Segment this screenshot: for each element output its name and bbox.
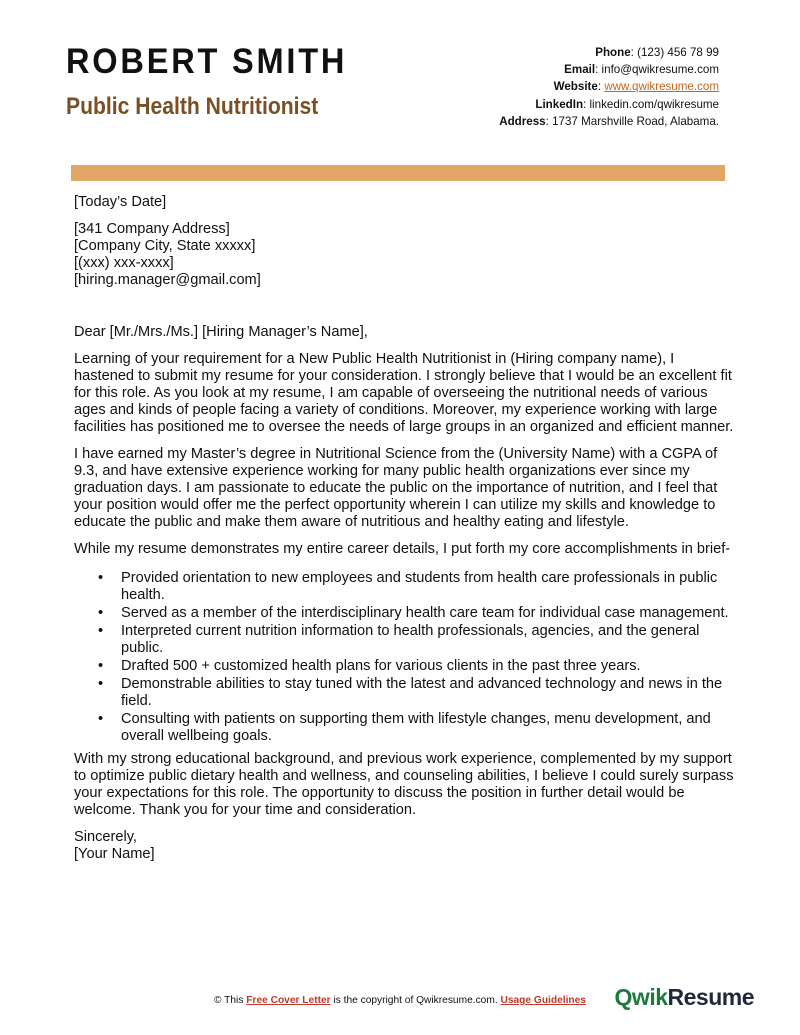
accomplishments-list: •Provided orientation to new employees a… [74,570,734,745]
bullet-icon: • [98,711,103,728]
list-item: •Consulting with patients on supporting … [74,711,734,745]
contact-address: Address: 1737 Marshville Road, Alabama. [499,113,719,130]
contact-email: Email: info@qwikresume.com [499,61,719,78]
contact-value: info@qwikresume.com [602,63,719,76]
list-item: •Interpreted current nutrition informati… [74,623,734,657]
bullet-icon: • [98,605,103,622]
address-line: [Company City, State xxxxx] [74,238,734,255]
contact-label: Email [564,63,595,76]
contact-website: Website: www.qwikresume.com [499,78,719,95]
contact-value: linkedin.com/qwikresume [589,98,719,111]
signature: [Your Name] [74,846,734,863]
contact-label: Address [499,115,545,128]
contact-block: Phone: (123) 456 78 99 Email: info@qwikr… [499,44,719,130]
list-item: •Served as a member of the interdiscipli… [74,605,734,622]
paragraph: Learning of your requirement for a New P… [74,351,734,436]
closing-paragraph: With my strong educational background, a… [74,751,734,819]
list-item: •Drafted 500 + customized health plans f… [74,658,734,675]
job-title: Public Health Nutritionist [66,95,318,119]
contact-label: Website [554,80,598,93]
paragraph: I have earned my Master’s degree in Nutr… [74,446,734,531]
bullet-icon: • [98,676,103,693]
address-line: [hiring.manager@gmail.com] [74,272,734,289]
contact-value: (123) 456 78 99 [637,46,719,59]
salutation: Dear [Mr./Mrs./Ms.] [Hiring Manager’s Na… [74,324,734,341]
website-link[interactable]: www.qwikresume.com [604,80,719,93]
bullet-icon: • [98,658,103,675]
usage-guidelines-link[interactable]: Usage Guidelines [500,995,586,1006]
signoff: Sincerely, [74,829,734,846]
contact-label: LinkedIn [535,98,583,111]
list-item: •Provided orientation to new employees a… [74,570,734,604]
paragraph: While my resume demonstrates my entire c… [74,541,734,558]
contact-value: 1737 Marshville Road, Alabama. [552,115,719,128]
qwikresume-logo: QwikResume [615,986,754,1009]
contact-phone: Phone: (123) 456 78 99 [499,44,719,61]
free-cover-letter-link[interactable]: Free Cover Letter [246,995,330,1006]
list-item: •Demonstrable abilities to stay tuned wi… [74,676,734,710]
address-line: [(xxx) xxx-xxxx] [74,255,734,272]
letter-date: [Today’s Date] [74,194,734,211]
contact-label: Phone [595,46,630,59]
letter-body: [Today’s Date] [341 Company Address] [Co… [74,194,734,863]
address-line: [341 Company Address] [74,221,734,238]
accent-divider [71,165,725,181]
candidate-name: ROBERT SMITH [66,44,347,79]
bullet-icon: • [98,623,103,640]
contact-linkedin: LinkedIn: linkedin.com/qwikresume [499,96,719,113]
bullet-icon: • [98,570,103,587]
recipient-address: [341 Company Address] [Company City, Sta… [74,221,734,289]
